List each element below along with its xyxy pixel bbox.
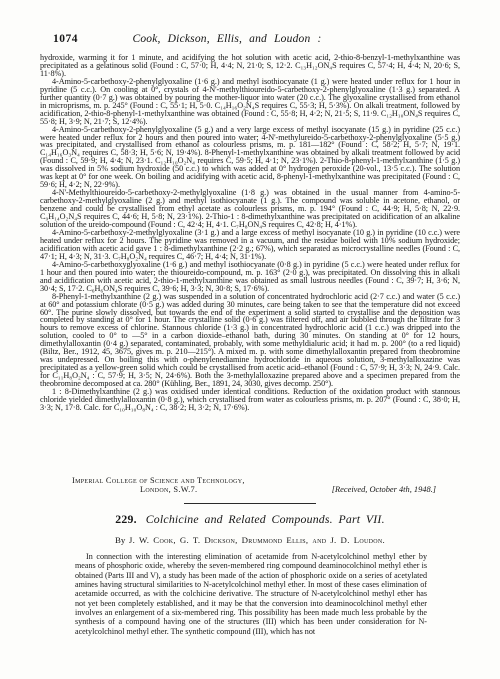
article-heading: 229.Colchicine and Related Compounds. Pa… — [0, 512, 500, 527]
experimental-paragraph: 4-N'-Methylthioureido-5-carbethoxy-2-met… — [40, 189, 460, 229]
affiliation-city: London, S.W.7. — [140, 485, 197, 494]
experimental-paragraph: 4-Amino-5-carbethoxy-2-phenylglyoxaline … — [40, 78, 460, 126]
experimental-section: hydroxide, warming it for 1 minute, and … — [40, 54, 460, 474]
article-title: Colchicine and Related Compounds. Part V… — [146, 512, 385, 526]
experimental-paragraph: hydroxide, warming it for 1 minute, and … — [40, 54, 460, 78]
section-divider — [184, 503, 316, 504]
received-date: [Received, October 4th, 1948.] — [332, 485, 436, 494]
experimental-paragraph: 4-Amino-5-carbethoxyglyoxaline (1·6 g.) … — [40, 261, 460, 293]
page-header: 1074 Cook, Dickson, Ellis, and Loudon : — [40, 33, 460, 48]
intro-paragraph: In connection with the interesting elimi… — [75, 552, 427, 636]
byline-prefix: By — [115, 535, 129, 545]
experimental-paragraph: 4-Amino-5-carbethoxy-2-phenylglyoxaline … — [40, 126, 460, 190]
affiliation-line: Imperial College of Science and Technolo… — [72, 476, 245, 485]
page-number: 1074 — [53, 33, 78, 45]
article-byline: By J. W. Cook, G. T. Dickson, Drummond E… — [0, 535, 500, 545]
journal-page: 1074 Cook, Dickson, Ellis, and Loudon : … — [0, 0, 500, 679]
experimental-paragraph: 1 : 8-Dimethylxanthine (2 g.) was oxidis… — [40, 388, 460, 412]
article-number: 229. — [115, 512, 136, 526]
running-head: Cook, Dickson, Ellis, and Loudon : — [40, 33, 460, 45]
article-intro: In connection with the interesting elimi… — [75, 552, 427, 636]
experimental-paragraph: 4-Amino-5-carbethoxy-2-methylglyoxaline … — [40, 229, 460, 261]
byline-authors: J. W. Cook, G. T. Dickson, Drummond Elli… — [129, 535, 385, 545]
experimental-paragraph: 8-Phenyl-1-methylxanthine (2 g.) was sus… — [40, 293, 460, 388]
